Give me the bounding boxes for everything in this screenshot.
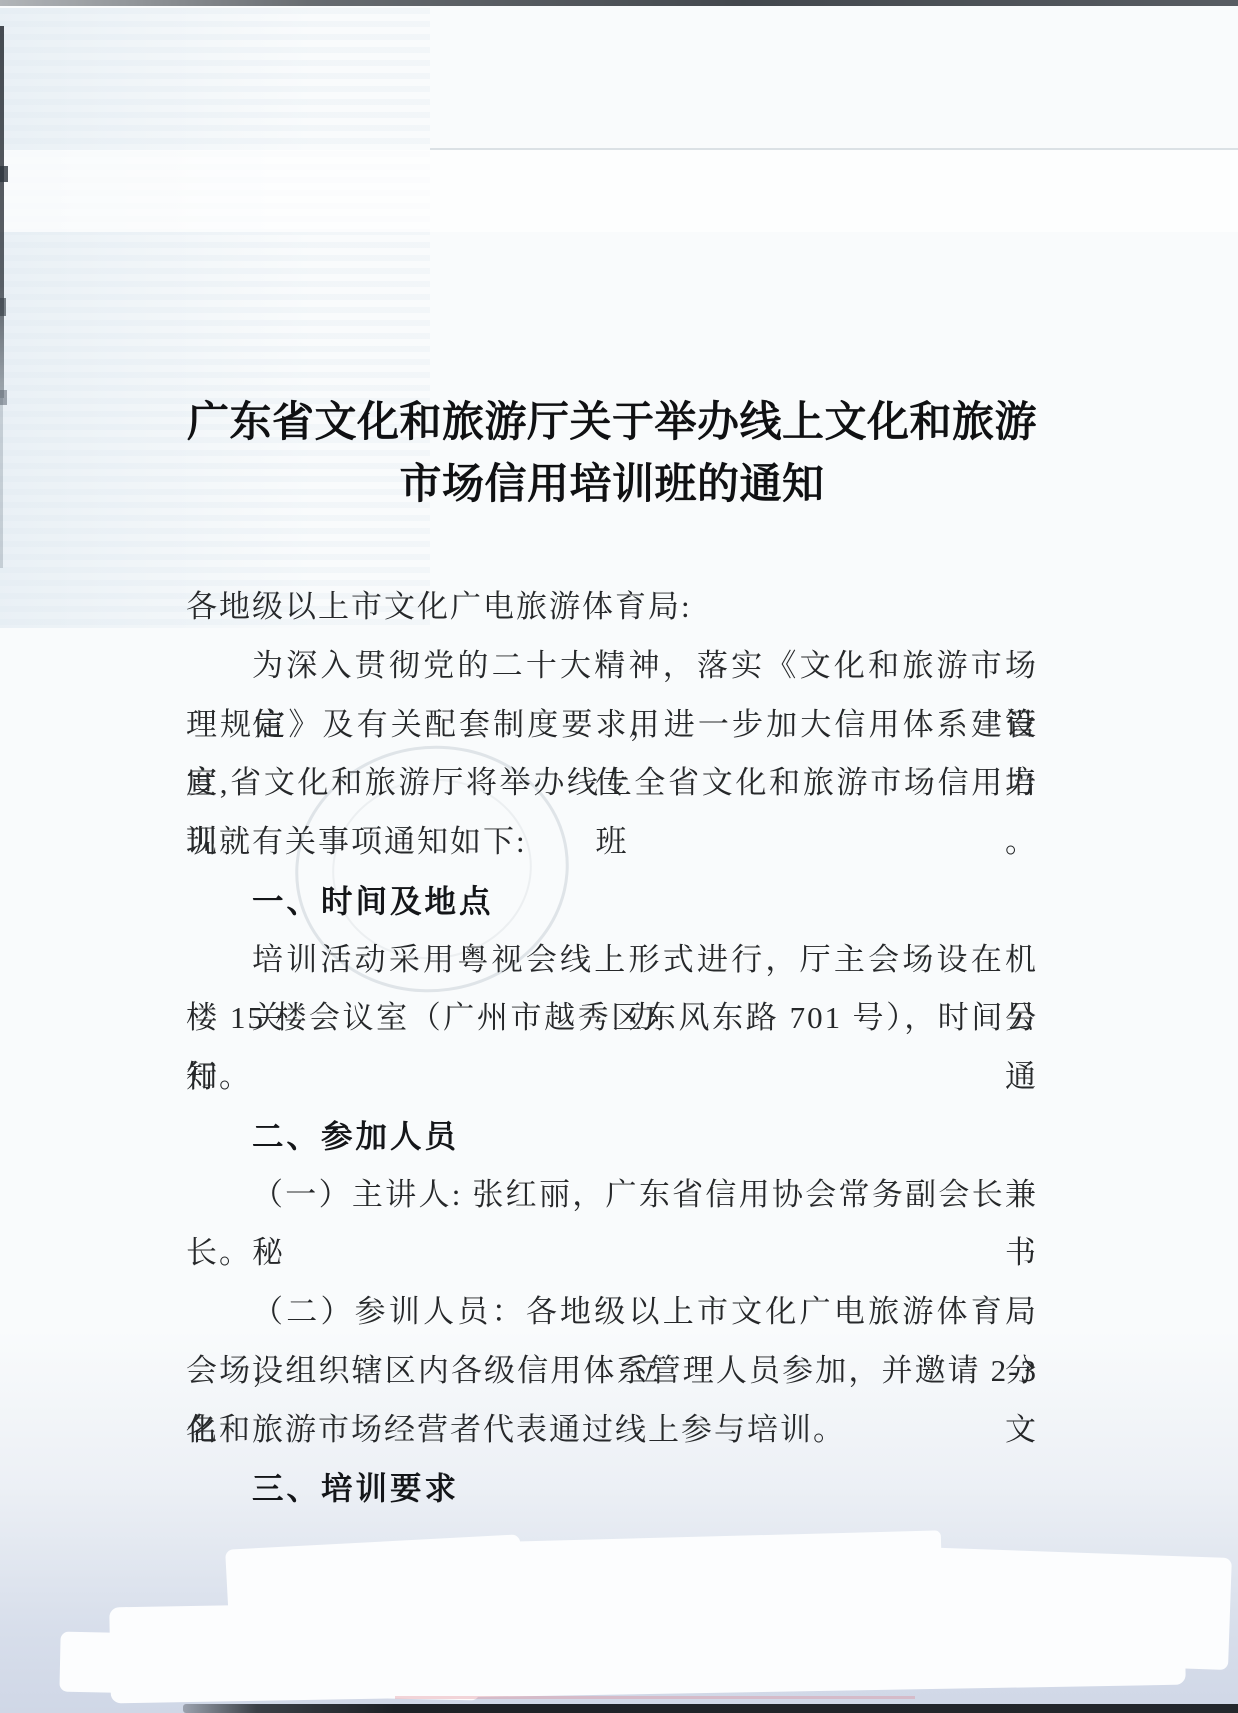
scanned-document-page: 广东省文化和旅游厅关于举办线上文化和旅游 市场信用培训班的通知 各地级以上市文化…: [0, 0, 1238, 1713]
paper-texture-tint: [0, 8, 430, 628]
body-line: 为深入贯彻党的二十大精神，落实《文化和旅游市场信用管: [186, 637, 1038, 696]
section-heading-2: 二、参加人员: [186, 1107, 1038, 1166]
body-line: （一）主讲人: 张红丽，广东省信用协会常务副会长兼秘书: [186, 1166, 1038, 1225]
body-line: 会场，组织辖区内各级信用体系管理人员参加，并邀请 2-3 名文: [186, 1342, 1038, 1401]
pink-smudge: [395, 1696, 915, 1699]
whiteout-patch: [59, 1632, 480, 1701]
salutation-line: 各地级以上市文化广电旅游体育局:: [186, 578, 1038, 637]
scanner-bar-bottom: [183, 1704, 1238, 1713]
title-line-1: 广东省文化和旅游厅关于举办线上文化和旅游: [186, 392, 1038, 454]
body-line: 楼 15 楼会议室（广州市越秀区东风东路 701 号），时间另行通: [186, 989, 1038, 1048]
binding-mark: [0, 166, 8, 182]
title-line-2: 市场信用培训班的通知: [186, 454, 1038, 516]
document-title: 广东省文化和旅游厅关于举办线上文化和旅游 市场信用培训班的通知: [186, 392, 1038, 516]
document-body: 各地级以上市文化广电旅游体育局: 为深入贯彻党的二十大精神，落实《文化和旅游市场…: [186, 578, 1038, 1518]
section-heading-3: 三、培训要求: [186, 1459, 1038, 1518]
scanner-edge-top: [0, 0, 1238, 6]
body-line: 度,省文化和旅游厅将举办线上全省文化和旅游市场信用培训班。: [186, 754, 1038, 813]
binding-mark: [0, 390, 7, 405]
binding-mark: [0, 298, 6, 316]
body-line: 理规定》及有关配套制度要求，进一步加大信用体系建设宣传力: [186, 696, 1038, 755]
section-heading-1: 一、时间及地点: [186, 872, 1038, 931]
scan-light-band: [0, 150, 1238, 232]
scanner-edge-left: [0, 26, 4, 398]
body-line: （二）参训人员：各地级以上市文化广电旅游体育局设立分: [186, 1283, 1038, 1342]
scanner-edge-left-faint: [0, 398, 3, 568]
body-line: 培训活动采用粤视会线上形式进行，厅主会场设在机关办公: [186, 931, 1038, 990]
scan-band-edge: [430, 148, 1238, 150]
